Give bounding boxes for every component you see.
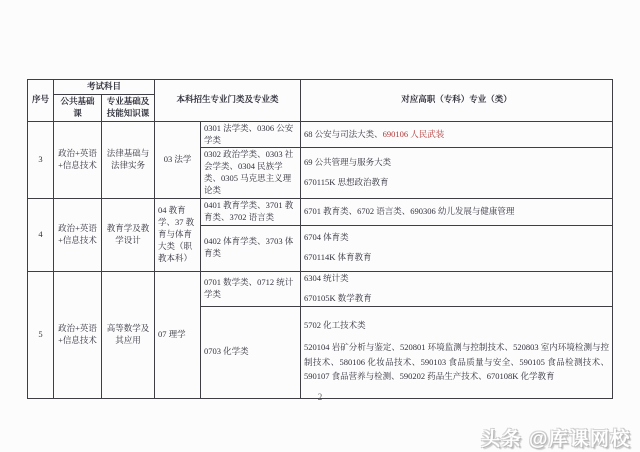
vocational-line: 5702 化工技术类 xyxy=(304,320,609,332)
row4-sub1-vocational: 6701 教育类、6702 语言类、690306 幼儿发展与健康管理 xyxy=(301,199,613,226)
row3-public-course: 政治+英语+信息技术 xyxy=(54,121,102,198)
vocational-line: 6704 体育类 xyxy=(304,232,609,244)
row3-sub2-undergrad: 0302 政治学类、0303 社会学类、0304 民族学类、0305 马克思主义… xyxy=(201,148,301,199)
row4-public-course: 政治+英语+信息技术 xyxy=(54,199,102,272)
row4-discipline: 04 教育学、37 教育与体育大类（职教本科） xyxy=(155,199,201,272)
toutiao-watermark: 头条 @库课网校 xyxy=(481,424,631,451)
header-serial: 序号 xyxy=(28,80,54,122)
table-row: 4 政治+英语+信息技术 教育学及教学设计 04 教育学、37 教育与体育大类（… xyxy=(28,199,613,226)
row5-sub2-vocational: 5702 化工技术类 520104 岩矿分析与鉴定、520801 环境监测与控制… xyxy=(301,306,613,398)
header-exam-subjects: 考试科目 xyxy=(54,80,155,95)
vocational-line: 6701 教育类、6702 语言类、690306 幼儿发展与健康管理 xyxy=(304,206,609,218)
row5-discipline: 07 理学 xyxy=(155,271,201,398)
table-row: 3 政治+英语+信息技术 法律基础与法律实务 03 法学 0301 法学类、03… xyxy=(28,121,613,148)
row3-sub1-undergrad: 0301 法学类、0306 公安学类 xyxy=(201,121,301,148)
vocational-line: 670105K 数学教育 xyxy=(304,293,609,305)
row5-sub1-vocational: 6304 统计类 670105K 数学教育 xyxy=(301,271,613,306)
header-row-top: 序号 考试科目 本科招生专业门类及专业类 对应高职（专科）专业（类） xyxy=(28,80,613,95)
vocational-line: 69 公共管理与服务大类 xyxy=(304,157,609,169)
vocational-line: 670115K 思想政治教育 xyxy=(304,177,609,189)
row5-public-course: 政治+英语+信息技术 xyxy=(54,271,102,398)
row4-skill-course: 教育学及教学设计 xyxy=(102,199,155,272)
header-skill-course: 专业基础及技能知识课 xyxy=(102,94,155,121)
row4-sub1-undergrad: 0401 教育学类、3701 教育类、3702 语言类 xyxy=(201,199,301,226)
exam-subjects-table: 序号 考试科目 本科招生专业门类及专业类 对应高职（专科）专业（类） 公共基础课… xyxy=(27,79,613,399)
row5-sub1-undergrad: 0701 数学类、0712 统计学类 xyxy=(201,271,301,306)
row4-sub2-vocational: 6704 体育类 670114K 体育教育 xyxy=(301,225,613,271)
row3-serial: 3 xyxy=(28,121,54,198)
row5-serial: 5 xyxy=(28,271,54,398)
header-undergrad-majors: 本科招生专业门类及专业类 xyxy=(155,80,301,122)
document-page: 序号 考试科目 本科招生专业门类及专业类 对应高职（专科）专业（类） 公共基础课… xyxy=(0,0,640,452)
row3-sub1-vocational: 68 公安与司法大类、690106 人民武装 xyxy=(301,121,613,148)
row3-sub2-vocational: 69 公共管理与服务大类 670115K 思想政治教育 xyxy=(301,148,613,199)
row5-sub2-undergrad: 0703 化学类 xyxy=(201,306,301,398)
vocational-text: 68 公安与司法大类、 xyxy=(304,129,383,139)
row3-skill-course: 法律基础与法律实务 xyxy=(102,121,155,198)
header-vocational-majors: 对应高职（专科）专业（类） xyxy=(301,80,613,122)
vocational-line: 670114K 体育教育 xyxy=(304,252,609,264)
vocational-line: 6304 统计类 xyxy=(304,273,609,285)
page-number: 2 xyxy=(0,392,640,402)
table-row: 5 政治+英语+信息技术 高等数学及其应用 07 理学 0701 数学类、071… xyxy=(28,271,613,306)
row4-serial: 4 xyxy=(28,199,54,272)
row3-discipline: 03 法学 xyxy=(155,121,201,198)
row5-skill-course: 高等数学及其应用 xyxy=(102,271,155,398)
vocational-line: 520104 岩矿分析与鉴定、520801 环境监测与控制技术、520803 室… xyxy=(304,340,609,384)
header-public-course: 公共基础课 xyxy=(54,94,102,121)
highlighted-major: 690106 人民武装 xyxy=(383,129,445,139)
row4-sub2-undergrad: 0402 体育学类、3703 体育类 xyxy=(201,225,301,271)
